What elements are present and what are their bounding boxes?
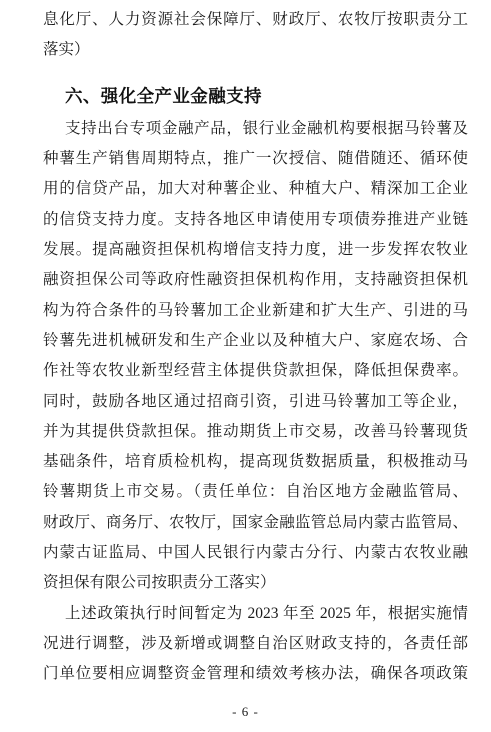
text-line: 发展。提高融资担保机构增信支持力度，进一步发挥农牧业 bbox=[43, 235, 468, 265]
text-line: 种薯生产销售周期特点，推广一次授信、随借随还、循环使 bbox=[43, 144, 468, 174]
text-line: 的信贷支持力度。支持各地区申请使用专项债券推进产业链 bbox=[43, 205, 468, 235]
text-line: 构为符合条件的马铃薯加工企业新建和扩大生产、引进的马 bbox=[43, 296, 468, 326]
page-number: - 6 - bbox=[0, 704, 491, 720]
text-line: 内蒙古证监局、中国人民银行内蒙古分行、内蒙古农牧业融 bbox=[43, 538, 468, 568]
document-body: 息化厅、人力资源社会保障厅、财政厅、农牧厅按职责分工落实）六、强化全产业金融支持… bbox=[43, 5, 468, 690]
text-line: 并为其提供贷款担保。推动期货上市交易，改善马铃薯现货 bbox=[43, 417, 468, 447]
text-line: 息化厅、人力资源社会保障厅、财政厅、农牧厅按职责分工 bbox=[43, 5, 468, 35]
text-line: 同时，鼓励各地区通过招商引资，引进马铃薯加工等企业， bbox=[43, 387, 468, 417]
text-line: 铃薯先进机械研发和生产企业以及种植大户、家庭农场、合 bbox=[43, 326, 468, 356]
text-line: 支持出台专项金融产品，银行业金融机构要根据马铃薯及 bbox=[43, 114, 468, 144]
text-line: 作社等农牧业新型经营主体提供贷款担保，降低担保费率。 bbox=[43, 356, 468, 386]
document-page: 息化厅、人力资源社会保障厅、财政厅、农牧厅按职责分工落实）六、强化全产业金融支持… bbox=[0, 0, 491, 732]
text-line: 用的信贷产品，加大对种薯企业、种植大户、精深加工企业 bbox=[43, 174, 468, 204]
text-line: 资担保有限公司按职责分工落实） bbox=[43, 568, 468, 598]
section-heading: 六、强化全产业金融支持 bbox=[43, 81, 468, 111]
text-line: 铃薯期货上市交易。（责任单位：自治区地方金融监管局、 bbox=[43, 477, 468, 507]
text-line: 门单位要相应调整资金管理和绩效考核办法，确保各项政策 bbox=[43, 659, 468, 689]
text-line: 上述政策执行时间暂定为 2023 年至 2025 年，根据实施情 bbox=[43, 599, 468, 629]
text-line: 财政厅、商务厅、农牧厅，国家金融监管总局内蒙古监管局、 bbox=[43, 508, 468, 538]
text-line: 基础条件，培育质检机构，提高现货数据质量，积极推动马 bbox=[43, 447, 468, 477]
text-line: 况进行调整，涉及新增或调整自治区财政支持的，各责任部 bbox=[43, 629, 468, 659]
text-line: 落实） bbox=[43, 35, 468, 65]
text-line: 融资担保公司等政府性融资担保机构作用，支持融资担保机 bbox=[43, 265, 468, 295]
